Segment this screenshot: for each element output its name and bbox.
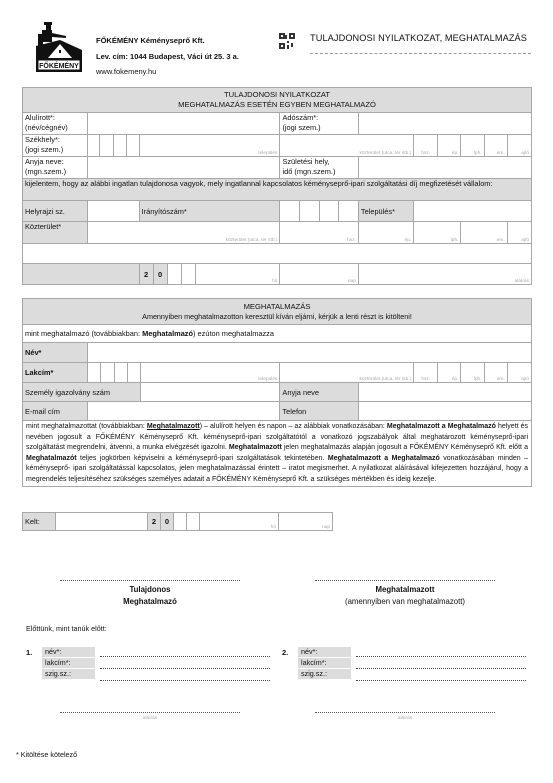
kelt-year-digit-2: 0 [161,513,174,531]
qr-code-icon [279,33,295,49]
kelt-month-input[interactable]: hó [200,513,279,531]
szig-input[interactable] [140,383,280,402]
anyja-input[interactable] [358,383,531,402]
section2-header: MEGHATALMAZÁS Amennyiben meghatalmazotto… [23,299,532,325]
email-input[interactable] [88,402,280,421]
iranyitoszam-label: Irányítószám* [139,201,280,222]
company-name: FŐKÉMÉNY Kéményseprő Kft. [96,36,205,45]
kelt-table: Kelt: 2 0 hó nap [22,512,333,531]
lakcim-telepules-input[interactable]: település [140,363,280,383]
section2-subtitle: Amennyiben meghatalmazotton keresztül kí… [25,312,529,322]
company-website[interactable]: www.fokemeny.hu [96,67,156,76]
szuletesi-input[interactable] [358,157,531,179]
szekhely-zip-digit-1[interactable] [88,135,100,157]
witness-2-signature-hint: aláírás [315,716,495,721]
zip-digit-1[interactable] [280,201,300,221]
anyja-neve-input[interactable] [88,157,280,179]
telefon-label: Telefon [280,402,358,421]
kozterulet-label: Közterület* [23,222,88,244]
agent-signature-subtitle: (amennyiben van meghatalmazott) [315,597,495,606]
year-digit-4[interactable] [182,264,196,284]
szekhely-hsz-input[interactable]: hsz. [414,135,438,157]
kelt-place-input[interactable] [56,513,148,531]
iranyitoszam-digits[interactable] [280,201,358,222]
witness-1-signature-hint: aláírás [60,716,240,721]
zip-digit-3[interactable] [320,201,340,221]
alulirott-input[interactable] [88,113,280,135]
szig-label: Személy igazolvány szám [23,383,141,402]
kozterulet-input[interactable]: közterület (utca, tér stb.) [88,222,280,244]
witness-1-nev-input[interactable] [100,647,270,657]
alulirott-label: Alulírott*:(név/cégnév) [23,113,88,135]
kelt-day-input[interactable]: nap [279,513,333,531]
chimney-sweep-logo-icon: FŐKÉMÉNY [34,20,84,72]
anyja-neve-label: Anyja neve:(mgn.szem.) [23,157,88,179]
date-cell [88,264,139,285]
lakcim-kozterulet-input[interactable]: közterület (utca, tér stb.) [280,363,414,383]
section2-title: MEGHATALMAZÁS [25,302,529,312]
witness-1-lakcim-label: lakcím*: [42,658,95,669]
owner-declaration-table: TULAJDONOSI NYILATKOZAT MEGHATALMAZÁS ES… [22,87,532,285]
ajto-input[interactable]: ajtó [507,222,531,244]
year-digit-3[interactable] [168,264,182,284]
lakcim-zip-digit-3[interactable] [114,363,127,383]
anyja-label: Anyja neve [280,383,358,402]
szekhely-kozterulet-input[interactable]: közterület (utca, tér stb.) [280,135,414,157]
witness-1-lakcim-input[interactable] [100,659,270,669]
adoszam-input[interactable] [358,113,531,135]
email-label: E-mail cím [23,402,88,421]
kelt-year-digit-1: 2 [148,513,161,531]
blank-row[interactable] [23,244,532,264]
lakcim-lph-input[interactable]: lph. [461,363,484,383]
szekhely-zip-digit-2[interactable] [100,135,113,157]
szuletesi-label: Születési hely,idő (mgn.szem.) [280,157,358,179]
witness-2-signature-line[interactable] [315,712,495,713]
ep-input[interactable]: ép. [358,222,413,244]
owner-signature-subtitle: Meghatalmazó [60,597,240,606]
place-cell[interactable] [23,264,88,285]
witness-2-lakcim-label: lakcím*: [298,658,351,669]
section1-header: TULAJDONOSI NYILATKOZAT MEGHATALMAZÁS ES… [23,88,532,113]
witness-2-lakcim-input[interactable] [356,659,526,669]
lakcim-zip-digit-1[interactable] [88,363,101,383]
nev-label: Név* [23,343,88,363]
lakcim-em-input[interactable]: em. [484,363,507,383]
adoszam-label: Adószám*:(jogi szem.) [280,113,358,135]
authorization-paragraph: mint meghatalmazottat (továbbiakban: Meg… [23,421,532,487]
lakcim-ajto-input[interactable]: ajtó [507,363,531,383]
witness-2-number: 2. [282,648,288,657]
month-input[interactable]: hó [196,264,280,284]
witness-1-number: 1. [26,648,32,657]
year-digit-1: 2 [140,264,154,284]
szekhely-lph-input[interactable]: lph. [461,135,484,157]
szekhely-em-input[interactable]: em. [484,135,507,157]
company-address: Lev. cím: 1044 Budapest, Váci út 25. 3 a… [96,52,239,61]
telepules-label: Település* [358,201,413,222]
helyrajzi-input[interactable] [88,201,139,222]
owner-signature-title: Tulajdonos [60,585,240,594]
nev-input[interactable] [88,343,532,363]
lph-input[interactable]: lph. [414,222,461,244]
lakcim-ep-input[interactable]: ép. [438,363,461,383]
day-input[interactable]: nap [280,264,358,285]
hsz-input[interactable]: hsz. [280,222,358,244]
witness-2-szig-input[interactable] [356,671,526,681]
lakcim-hsz-input[interactable]: hsz. [414,363,438,383]
witness-2-nev-input[interactable] [356,647,526,657]
owner-signature-line[interactable] [60,580,240,581]
section1-subtitle: MEGHATALMAZÁS ESETÉN EGYBEN MEGHATALMAZÓ [25,100,529,110]
witness-2-nev-label: név*: [298,647,351,658]
witness-1-signature-line[interactable] [60,712,240,713]
szekhely-label: Székhely*:(jogi szem.) [23,135,88,157]
date-year-group: 2 0 hó [139,264,280,285]
zip-digit-4[interactable] [339,201,358,221]
kelt-year-digit-4[interactable] [187,513,200,531]
zip-digit-2[interactable] [300,201,320,221]
telefon-input[interactable] [358,402,531,421]
agent-signature-title: Meghatalmazott [315,585,495,594]
document-title: TULAJDONOSI NYILATKOZAT, MEGHATALMAZÁS [310,33,527,43]
szekhely-zip-digit-4[interactable] [126,135,139,157]
kelt-label: Kelt: [23,513,56,531]
lakcim-zip-digit-2[interactable] [101,363,114,383]
szekhely-ajto-input[interactable]: ajtó [507,135,531,157]
agent-signature-line[interactable] [315,580,495,581]
signature-input[interactable]: aláírás [358,264,531,285]
required-footnote: * Kitöltése kötelező [16,750,77,759]
witnesses-intro: Előttünk, mint tanúk előtt: [26,624,107,633]
witness-1-szig-label: szig.sz.: [42,669,95,680]
lakcim-label: Lakcím* [23,363,88,383]
witness-1-nev-label: név*: [42,647,95,658]
witness-2-szig-label: szig.sz.: [298,669,351,680]
section1-title: TULAJDONOSI NYILATKOZAT [25,90,529,100]
authorization-intro: mint meghatalmazó (továbbiakban: Meghata… [23,325,532,343]
declaration-text: kijelentem, hogy az alábbi ingatlan tula… [23,179,532,201]
witness-1-szig-input[interactable] [100,671,270,681]
szekhely-zip-digit-3[interactable] [113,135,126,157]
company-logo: FŐKÉMÉNY [34,20,84,72]
szekhely-ep-input[interactable]: ép. [438,135,461,157]
szekhely-telepules-input[interactable]: település [139,135,280,157]
authorization-table: MEGHATALMAZÁS Amennyiben meghatalmazotto… [22,298,532,487]
em-input[interactable]: em. [461,222,507,244]
svg-text:FŐKÉMÉNY: FŐKÉMÉNY [39,61,79,70]
kelt-year-digit-3[interactable] [174,513,187,531]
helyrajzi-label: Helyrajzi sz. [23,201,88,222]
title-divider [310,53,531,54]
year-digit-2: 0 [154,264,168,284]
lakcim-zip-digit-4[interactable] [127,363,140,383]
telepules-input[interactable] [414,201,532,222]
